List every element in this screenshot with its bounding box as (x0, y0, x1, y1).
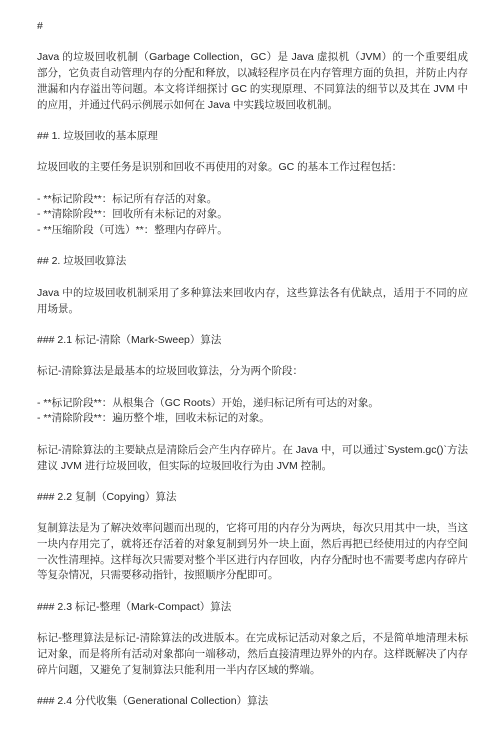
md-heading-line: ### 2.2 复制（Copying）算法 (37, 490, 468, 506)
md-heading-line: ### 2.3 标记-整理（Mark-Compact）算法 (37, 600, 468, 616)
md-list-item: - **清除阶段**：回收所有未标记的对象。 (37, 207, 468, 223)
md-list-item: - **压缩阶段（可选）**：整理内存碎片。 (37, 223, 468, 239)
md-paragraph: 标记-清除算法是最基本的垃圾回收算法，分为两个阶段： (37, 364, 468, 380)
md-heading-line: ### 2.4 分代收集（Generational Collection）算法 (37, 694, 468, 710)
md-list-item: - **标记阶段**：标记所有存活的对象。 (37, 192, 468, 208)
md-heading-line: ## 2. 垃圾回收算法 (37, 254, 468, 270)
md-heading-line: ## 1. 垃圾回收的基本原理 (37, 129, 468, 145)
md-heading-line: # (37, 19, 468, 35)
md-paragraph: 标记-整理算法是标记-清除算法的改进版本。在完成标记活动对象之后，不是简单地清理… (37, 631, 468, 678)
md-heading-line: ### 2.1 标记-清除（Mark-Sweep）算法 (37, 333, 468, 349)
md-paragraph: 垃圾回收的主要任务是识别和回收不再使用的对象。GC 的基本工作过程包括： (37, 160, 468, 176)
md-list-item: - **清除阶段**：遍历整个堆，回收未标记的对象。 (37, 411, 468, 427)
md-paragraph: Java 的垃圾回收机制（Garbage Collection，GC）是 Jav… (37, 50, 468, 113)
md-paragraph: Java 中的垃圾回收机制采用了多种算法来回收内存，这些算法各有优缺点，适用于不… (37, 286, 468, 317)
md-list-item: - **标记阶段**：从根集合（GC Roots）开始，递归标记所有可达的对象。 (37, 396, 468, 412)
md-paragraph: 标记-清除算法的主要缺点是清除后会产生内存碎片。在 Java 中，可以通过`Sy… (37, 443, 468, 474)
md-list: - **标记阶段**：从根集合（GC Roots）开始，递归标记所有可达的对象。… (37, 396, 468, 427)
document-page: #Java 的垃圾回收机制（Garbage Collection，GC）是 Ja… (0, 0, 504, 746)
md-paragraph: 复制算法是为了解决效率问题而出现的，它将可用的内存分为两块，每次只用其中一块，当… (37, 521, 468, 584)
md-list: - **标记阶段**：标记所有存活的对象。- **清除阶段**：回收所有未标记的… (37, 192, 468, 239)
document-content: #Java 的垃圾回收机制（Garbage Collection，GC）是 Ja… (37, 19, 468, 710)
